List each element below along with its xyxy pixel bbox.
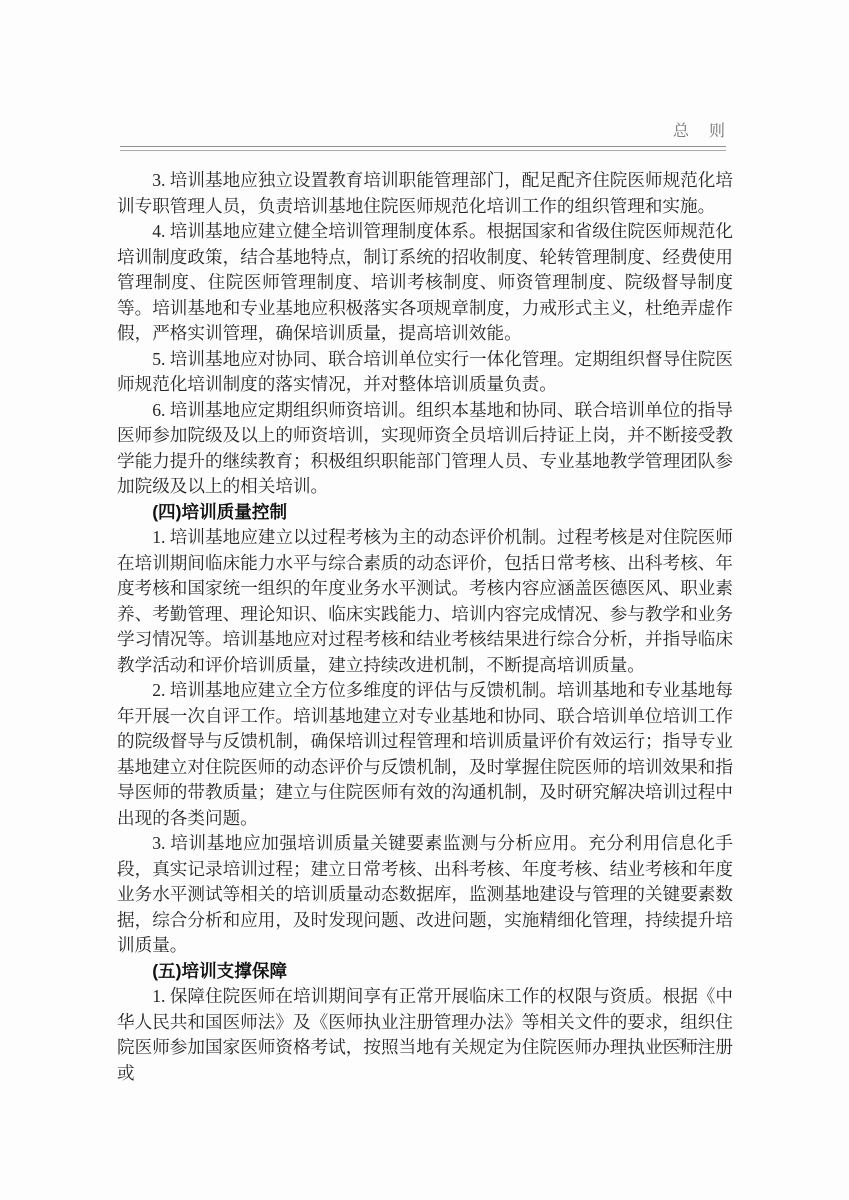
section-heading-support-guarantee: (五)培训支撑保障 [117, 959, 733, 985]
document-page: 总 则 3. 培训基地应独立设置教育培训职能管理部门，配足配齐住院医师规范化培训… [0, 0, 849, 1200]
page-footer: — 3 — [653, 1036, 713, 1053]
document-body: 3. 培训基地应独立设置教育培训职能管理部门，配足配齐住院医师规范化培训专职管理… [117, 168, 733, 1086]
header-double-rule [120, 146, 726, 151]
paragraph-item-4: 4. 培训基地应建立健全培训管理制度体系。根据国家和省级住院医师规范化培训制度政… [117, 219, 733, 347]
paragraph-quality-3: 3. 培训基地应加强培训质量关键要素监测与分析应用。充分利用信息化手段，真实记录… [117, 831, 733, 959]
paragraph-quality-2: 2. 培训基地应建立全方位多维度的评估与反馈机制。培训基地和专业基地每年开展一次… [117, 678, 733, 831]
paragraph-item-5: 5. 培训基地应对协同、联合培训单位实行一体化管理。定期组织督导住院医师规范化培… [117, 347, 733, 398]
paragraph-item-6: 6. 培训基地应定期组织师资培训。组织本基地和协同、联合培训单位的指导医师参加院… [117, 398, 733, 500]
section-heading-quality-control: (四)培训质量控制 [117, 500, 733, 526]
paragraph-item-3: 3. 培训基地应独立设置教育培训职能管理部门，配足配齐住院医师规范化培训专职管理… [117, 168, 733, 219]
running-head-title: 总 则 [117, 118, 727, 141]
page-number: — 3 — [653, 1036, 713, 1052]
paragraph-support-1: 1. 保障住院医师在培训期间享有正常开展临床工作的权限与资质。根据《中华人民共和… [117, 984, 733, 1086]
paragraph-quality-1: 1. 培训基地应建立以过程考核为主的动态评价机制。过程考核是对住院医师在培训期间… [117, 525, 733, 678]
